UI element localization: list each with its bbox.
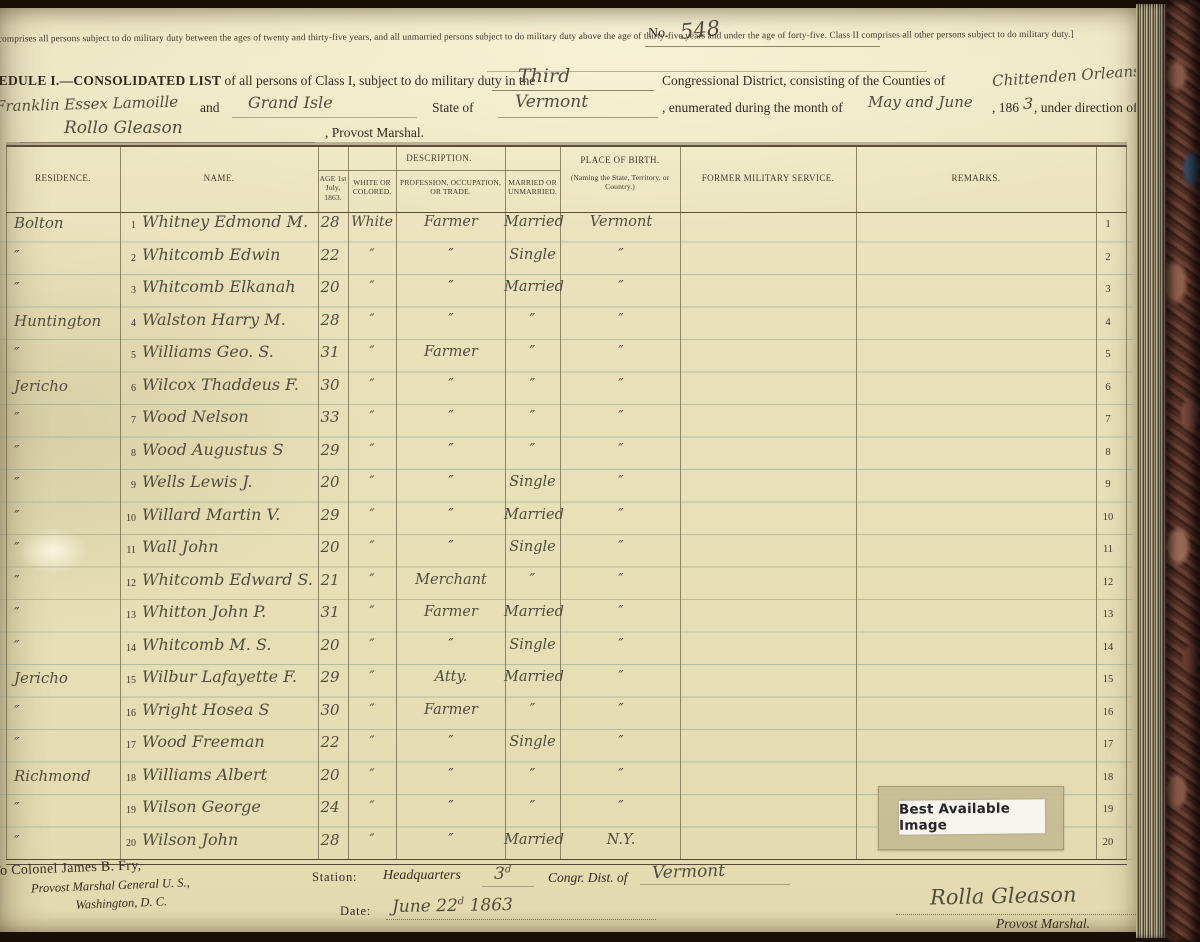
- table-row: ″ 14 Whitcomb M. S. 20 ″ ″ Single ″ 14: [6, 633, 1127, 666]
- cell-profession: ″: [398, 312, 504, 328]
- cell-row-number: 14: [1094, 642, 1122, 653]
- cell-profession: ″: [398, 279, 504, 295]
- cell-married: Married: [504, 832, 561, 848]
- cell-profession: ″: [398, 539, 504, 555]
- schedule-heading: SCHEDULE I.—CONSOLIDATED LIST of all per…: [0, 63, 1136, 148]
- addressee-city: Washington, D. C.: [75, 892, 234, 913]
- paper-sheet: No. 548 [Class I comprises all persons s…: [0, 8, 1136, 932]
- cell-white-or-colored: ″: [348, 474, 396, 490]
- cell-married: Single: [504, 539, 561, 555]
- cell-residence: ″: [14, 702, 118, 720]
- cell-name: Wall John: [142, 537, 320, 556]
- cell-married: Single: [504, 734, 561, 750]
- cell-residence: Jericho: [14, 377, 118, 395]
- cell-residence: Richmond: [14, 767, 118, 785]
- table-row: ″ 2 Whitcomb Edwin 22 ″ ″ Single ″ 2: [6, 243, 1127, 276]
- cell-white-or-colored: ″: [348, 409, 396, 425]
- cell-married: ″: [504, 409, 561, 425]
- cell-row-number: 13: [1094, 609, 1122, 620]
- date-handwritten: June 22d 1863: [392, 895, 513, 917]
- description-divider: [318, 170, 560, 171]
- table-row: ″ 13 Whitton John P. 31 ″ Farmer Married…: [6, 600, 1127, 633]
- table-row: Bolton 1 Whitney Edmond M. 28 White Farm…: [6, 210, 1127, 243]
- cell-line-number: 8: [116, 448, 136, 459]
- cell-line-number: 3: [116, 285, 136, 296]
- cell-birth: ″: [562, 474, 680, 490]
- cell-age: 22: [312, 246, 348, 264]
- cell-name: Wright Hosea S: [142, 700, 320, 719]
- cell-birth: ″: [562, 344, 680, 360]
- header-place-of-birth-sub: (Naming the State, Territory, or Country…: [562, 173, 678, 192]
- cell-row-number: 1: [1094, 219, 1122, 230]
- cell-row-number: 20: [1094, 837, 1122, 848]
- cell-profession: Farmer: [398, 604, 504, 620]
- cell-name: Wilson John: [142, 830, 320, 849]
- cell-residence: Bolton: [14, 214, 118, 232]
- month-handwritten: May and June: [868, 93, 973, 111]
- header-age: AGE 1st July, 1863.: [318, 174, 348, 202]
- cell-line-number: 16: [116, 708, 136, 719]
- best-available-image-badge: Best Available Image: [878, 786, 1064, 850]
- cell-birth: ″: [562, 799, 680, 815]
- cell-name: Whitcomb Edward S.: [142, 570, 320, 589]
- cell-birth: ″: [562, 539, 680, 555]
- cell-residence: ″: [14, 637, 118, 655]
- signature-handwritten: Rolla Gleason: [930, 882, 1077, 909]
- table-row: ″ 3 Whitcomb Elkanah 20 ″ ″ Married ″ 3: [6, 275, 1127, 308]
- cell-row-number: 5: [1094, 349, 1122, 360]
- and-label: and: [200, 100, 220, 116]
- cell-residence: Huntington: [14, 312, 118, 330]
- cell-name: Whitcomb Edwin: [142, 245, 320, 264]
- cell-birth: ″: [562, 702, 680, 718]
- cell-row-number: 3: [1094, 284, 1122, 295]
- cell-white-or-colored: ″: [348, 507, 396, 523]
- cell-name: Whitton John P.: [142, 602, 320, 621]
- marbled-cover-edge: [1166, 0, 1200, 942]
- cell-age: 31: [312, 603, 348, 621]
- cell-white-or-colored: ″: [348, 832, 396, 848]
- cell-age: 29: [312, 506, 348, 524]
- cell-profession: ″: [398, 377, 504, 393]
- table-row: ″ 17 Wood Freeman 22 ″ ″ Single ″ 17: [6, 730, 1127, 763]
- cell-profession: Farmer: [398, 214, 504, 230]
- cell-name: Wells Lewis J.: [142, 472, 320, 491]
- district-no-underline: [482, 886, 534, 887]
- cell-age: 20: [312, 278, 348, 296]
- table-row: ″ 5 Williams Geo. S. 31 ″ Farmer ″ ″ 5: [6, 340, 1127, 373]
- date-underline: [386, 918, 656, 920]
- cell-profession: ″: [398, 799, 504, 815]
- cell-row-number: 15: [1094, 674, 1122, 685]
- table-row: ″ 8 Wood Augustus S 29 ″ ″ ″ ″ 8: [6, 438, 1127, 471]
- cell-age: 24: [312, 798, 348, 816]
- cell-married: Married: [504, 604, 561, 620]
- table-row: ″ 16 Wright Hosea S 30 ″ Farmer ″ ″ 16: [6, 698, 1127, 731]
- cell-age: 22: [312, 733, 348, 751]
- cell-age: 21: [312, 571, 348, 589]
- cell-residence: ″: [14, 604, 118, 622]
- cell-line-number: 19: [116, 805, 136, 816]
- scanned-ledger-page: No. 548 [Class I comprises all persons s…: [0, 0, 1200, 942]
- cell-profession: Atty.: [398, 669, 504, 685]
- table-row: ″ 7 Wood Nelson 33 ″ ″ ″ ″ 7: [6, 405, 1127, 438]
- cell-name: Wood Augustus S: [142, 440, 320, 459]
- cell-age: 28: [312, 213, 348, 231]
- cell-birth: ″: [562, 279, 680, 295]
- cell-residence: ″: [14, 539, 118, 557]
- marshal-name-handwritten: Rollo Gleason: [64, 118, 183, 138]
- number-underline: [645, 46, 880, 47]
- counties-handwritten-mid: Grand Isle: [248, 93, 333, 112]
- cell-white-or-colored: ″: [348, 377, 396, 393]
- header-remarks: REMARKS.: [856, 173, 1096, 184]
- cell-profession: ″: [398, 247, 504, 263]
- cell-white-or-colored: ″: [348, 637, 396, 653]
- cell-name: Wilbur Lafayette F.: [142, 667, 320, 686]
- cell-line-number: 6: [116, 383, 136, 394]
- cell-line-number: 17: [116, 740, 136, 751]
- cell-birth: ″: [562, 507, 680, 523]
- cell-line-number: 2: [116, 253, 136, 264]
- cell-line-number: 18: [116, 773, 136, 784]
- cell-white-or-colored: ″: [348, 669, 396, 685]
- cell-birth: Vermont: [562, 214, 680, 230]
- cell-name: Wilcox Thaddeus F.: [142, 375, 320, 394]
- table-row: Jericho 6 Wilcox Thaddeus F. 30 ″ ″ ″ ″ …: [6, 373, 1127, 406]
- cell-residence: ″: [14, 734, 118, 752]
- counties-underline: [232, 117, 417, 118]
- cell-white-or-colored: White: [348, 214, 396, 230]
- cell-age: 20: [312, 538, 348, 556]
- cell-married: Married: [504, 669, 561, 685]
- cell-profession: ″: [398, 507, 504, 523]
- heading-line1-lead: SCHEDULE I.—CONSOLIDATED LIST of all per…: [0, 73, 535, 89]
- cell-row-number: 6: [1094, 382, 1122, 393]
- table-row: Jericho 15 Wilbur Lafayette F. 29 ″ Atty…: [6, 665, 1127, 698]
- cell-row-number: 10: [1094, 512, 1122, 523]
- under-direction-label: , under direction of: [1034, 100, 1136, 116]
- cell-birth: ″: [562, 734, 680, 750]
- book-page-edges: [1136, 4, 1166, 938]
- cell-line-number: 14: [116, 643, 136, 654]
- cell-age: 29: [312, 441, 348, 459]
- cell-married: ″: [504, 377, 561, 393]
- congr-dist-label: Congr. Dist. of: [548, 870, 628, 886]
- cell-name: Williams Geo. S.: [142, 342, 320, 361]
- cell-white-or-colored: ″: [348, 539, 396, 555]
- cell-line-number: 10: [116, 513, 136, 524]
- badge-label: Best Available Image: [899, 799, 1045, 835]
- cell-line-number: 5: [116, 350, 136, 361]
- table-header: RESIDENCE. NAME. DESCRIPTION. AGE 1st Ju…: [6, 145, 1127, 213]
- cell-birth: N.Y.: [562, 832, 680, 848]
- cell-profession: Farmer: [398, 344, 504, 360]
- cell-line-number: 9: [116, 480, 136, 491]
- cell-row-number: 16: [1094, 707, 1122, 718]
- enumerated-label: , enumerated during the month of: [662, 100, 843, 116]
- cell-married: ″: [504, 799, 561, 815]
- cell-residence: ″: [14, 474, 118, 492]
- cell-white-or-colored: ″: [348, 312, 396, 328]
- cell-row-number: 7: [1094, 414, 1122, 425]
- cell-name: Williams Albert: [142, 765, 320, 784]
- cell-white-or-colored: ″: [348, 734, 396, 750]
- cell-profession: ″: [398, 832, 504, 848]
- cell-married: ″: [504, 344, 561, 360]
- cell-married: ″: [504, 702, 561, 718]
- cell-age: 30: [312, 701, 348, 719]
- cell-birth: ″: [562, 604, 680, 620]
- cell-white-or-colored: ″: [348, 604, 396, 620]
- cell-married: Married: [504, 279, 561, 295]
- cell-birth: ″: [562, 247, 680, 263]
- heading-lead-rest: of all persons of Class I, subject to do…: [225, 73, 536, 88]
- cell-row-number: 4: [1094, 317, 1122, 328]
- state-label: State of: [432, 100, 474, 116]
- cell-white-or-colored: ″: [348, 767, 396, 783]
- cell-white-or-colored: ″: [348, 799, 396, 815]
- cell-married: Single: [504, 637, 561, 653]
- cell-row-number: 11: [1094, 544, 1122, 555]
- table-row: ″ 11 Wall John 20 ″ ″ Single ″ 11: [6, 535, 1127, 568]
- district-no-handwritten: 3d: [494, 864, 511, 884]
- header-profession: PROFESSION, OCCUPATION, OR TRADE.: [398, 178, 503, 197]
- schedule-title: SCHEDULE I.—CONSOLIDATED LIST: [0, 73, 221, 88]
- provost-marshal-label: , Provost Marshal.: [325, 125, 424, 141]
- year-digit-handwritten: 3: [1023, 94, 1033, 113]
- cell-married: Single: [504, 247, 561, 263]
- cell-birth: ″: [562, 409, 680, 425]
- cell-profession: ″: [398, 442, 504, 458]
- cell-married: ″: [504, 767, 561, 783]
- signature-underline: [896, 913, 1136, 915]
- date-label: Date:: [340, 904, 371, 919]
- cell-line-number: 4: [116, 318, 136, 329]
- year-prefix: , 186: [992, 100, 1019, 116]
- class-definition-note: [Class I comprises all persons subject t…: [0, 29, 1136, 44]
- congr-state-underline: [640, 884, 790, 885]
- cell-married: ″: [504, 312, 561, 328]
- cell-line-number: 1: [116, 220, 136, 231]
- heading-after-district: Congressional District, consisting of th…: [662, 73, 945, 89]
- cell-row-number: 8: [1094, 447, 1122, 458]
- counties-handwritten-left: Franklin Essex Lamoille: [0, 93, 178, 116]
- cell-birth: ″: [562, 377, 680, 393]
- header-former-military: FORMER MILITARY SERVICE.: [680, 173, 856, 184]
- cell-married: Single: [504, 474, 561, 490]
- cell-married: Married: [504, 507, 561, 523]
- cell-birth: ″: [562, 767, 680, 783]
- cell-line-number: 15: [116, 675, 136, 686]
- header-white-or-colored: WHITE OR COLORED.: [350, 178, 394, 197]
- cell-row-number: 2: [1094, 252, 1122, 263]
- addressee-name: To Colonel James B. Fry,: [0, 858, 151, 880]
- cell-line-number: 13: [116, 610, 136, 621]
- cell-line-number: 11: [116, 545, 136, 556]
- cell-name: Whitcomb Elkanah: [142, 277, 320, 296]
- cell-name: Whitcomb M. S.: [142, 635, 320, 654]
- consolidated-list-table: RESIDENCE. NAME. DESCRIPTION. AGE 1st Ju…: [6, 145, 1127, 860]
- cell-married: ″: [504, 572, 561, 588]
- cell-name: Willard Martin V.: [142, 505, 320, 524]
- header-name: NAME.: [120, 173, 318, 184]
- cell-row-number: 18: [1094, 772, 1122, 783]
- cell-age: 20: [312, 636, 348, 654]
- cell-age: 28: [312, 831, 348, 849]
- cell-line-number: 12: [116, 578, 136, 589]
- cell-row-number: 12: [1094, 577, 1122, 588]
- cell-white-or-colored: ″: [348, 279, 396, 295]
- cell-row-number: 17: [1094, 739, 1122, 750]
- cell-profession: ″: [398, 637, 504, 653]
- cell-age: 29: [312, 668, 348, 686]
- cell-residence: ″: [14, 799, 118, 817]
- table-row: ″ 10 Willard Martin V. 29 ″ ″ Married ″ …: [6, 503, 1127, 536]
- cell-white-or-colored: ″: [348, 247, 396, 263]
- cell-name: Whitney Edmond M.: [142, 212, 320, 231]
- congr-state-handwritten: Vermont: [652, 861, 726, 884]
- table-row: Huntington 4 Walston Harry M. 28 ″ ″ ″ ″…: [6, 308, 1127, 341]
- cell-residence: Jericho: [14, 669, 118, 687]
- table-row: ″ 12 Whitcomb Edward S. 21 ″ Merchant ″ …: [6, 568, 1127, 601]
- cell-birth: ″: [562, 442, 680, 458]
- cell-name: Wood Nelson: [142, 407, 320, 426]
- header-married: MARRIED OR UNMARRIED.: [506, 178, 559, 197]
- cell-age: 30: [312, 376, 348, 394]
- cell-residence: ″: [14, 409, 118, 427]
- cell-profession: ″: [398, 474, 504, 490]
- cell-age: 20: [312, 473, 348, 491]
- marshal-underline: [20, 142, 315, 143]
- cell-line-number: 20: [116, 838, 136, 849]
- signature-title: Provost Marshal.: [996, 916, 1090, 932]
- cell-birth: ″: [562, 572, 680, 588]
- district-handwritten: Third: [518, 65, 570, 87]
- cell-profession: Farmer: [398, 702, 504, 718]
- cell-profession: ″: [398, 409, 504, 425]
- addressee-block: To Colonel James B. Fry, Provost Marshal…: [0, 858, 153, 910]
- header-place-of-birth: PLACE OF BIRTH.: [560, 155, 680, 166]
- cell-married: ″: [504, 442, 561, 458]
- cell-age: 33: [312, 408, 348, 426]
- cell-name: Wilson George: [142, 797, 320, 816]
- cell-age: 28: [312, 311, 348, 329]
- header-residence: RESIDENCE.: [6, 173, 120, 184]
- cell-birth: ″: [562, 312, 680, 328]
- header-description: DESCRIPTION.: [318, 153, 560, 164]
- state-handwritten: Vermont: [515, 92, 588, 112]
- cell-white-or-colored: ″: [348, 572, 396, 588]
- cell-white-or-colored: ″: [348, 344, 396, 360]
- cell-name: Wood Freeman: [142, 732, 320, 751]
- cell-profession: ″: [398, 734, 504, 750]
- station-value: Headquarters: [383, 868, 461, 884]
- cell-residence: ″: [14, 247, 118, 265]
- page-footer: To Colonel James B. Fry, Provost Marshal…: [0, 858, 1136, 932]
- cell-birth: ″: [562, 637, 680, 653]
- cell-row-number: 9: [1094, 479, 1122, 490]
- cell-white-or-colored: ″: [348, 702, 396, 718]
- cell-name: Walston Harry M.: [142, 310, 320, 329]
- cell-married: Married: [504, 214, 561, 230]
- cell-residence: ″: [14, 832, 118, 850]
- cell-residence: ″: [14, 572, 118, 590]
- table-body: Bolton 1 Whitney Edmond M. 28 White Farm…: [6, 210, 1127, 860]
- cell-profession: Merchant: [398, 572, 504, 588]
- cell-residence: ″: [14, 442, 118, 460]
- table-row: ″ 9 Wells Lewis J. 20 ″ ″ Single ″ 9: [6, 470, 1127, 503]
- cell-residence: ″: [14, 507, 118, 525]
- cell-line-number: 7: [116, 415, 136, 426]
- counties-handwritten-top: Chittenden Orleans: [992, 62, 1136, 90]
- cell-profession: ″: [398, 767, 504, 783]
- district-underline: [492, 90, 654, 91]
- cell-age: 20: [312, 766, 348, 784]
- cell-white-or-colored: ″: [348, 442, 396, 458]
- cell-birth: ″: [562, 669, 680, 685]
- cell-residence: ″: [14, 344, 118, 362]
- station-label: Station:: [312, 870, 357, 885]
- cell-age: 31: [312, 343, 348, 361]
- cell-residence: ″: [14, 279, 118, 297]
- state-underline: [498, 117, 658, 118]
- cell-row-number: 19: [1094, 804, 1122, 815]
